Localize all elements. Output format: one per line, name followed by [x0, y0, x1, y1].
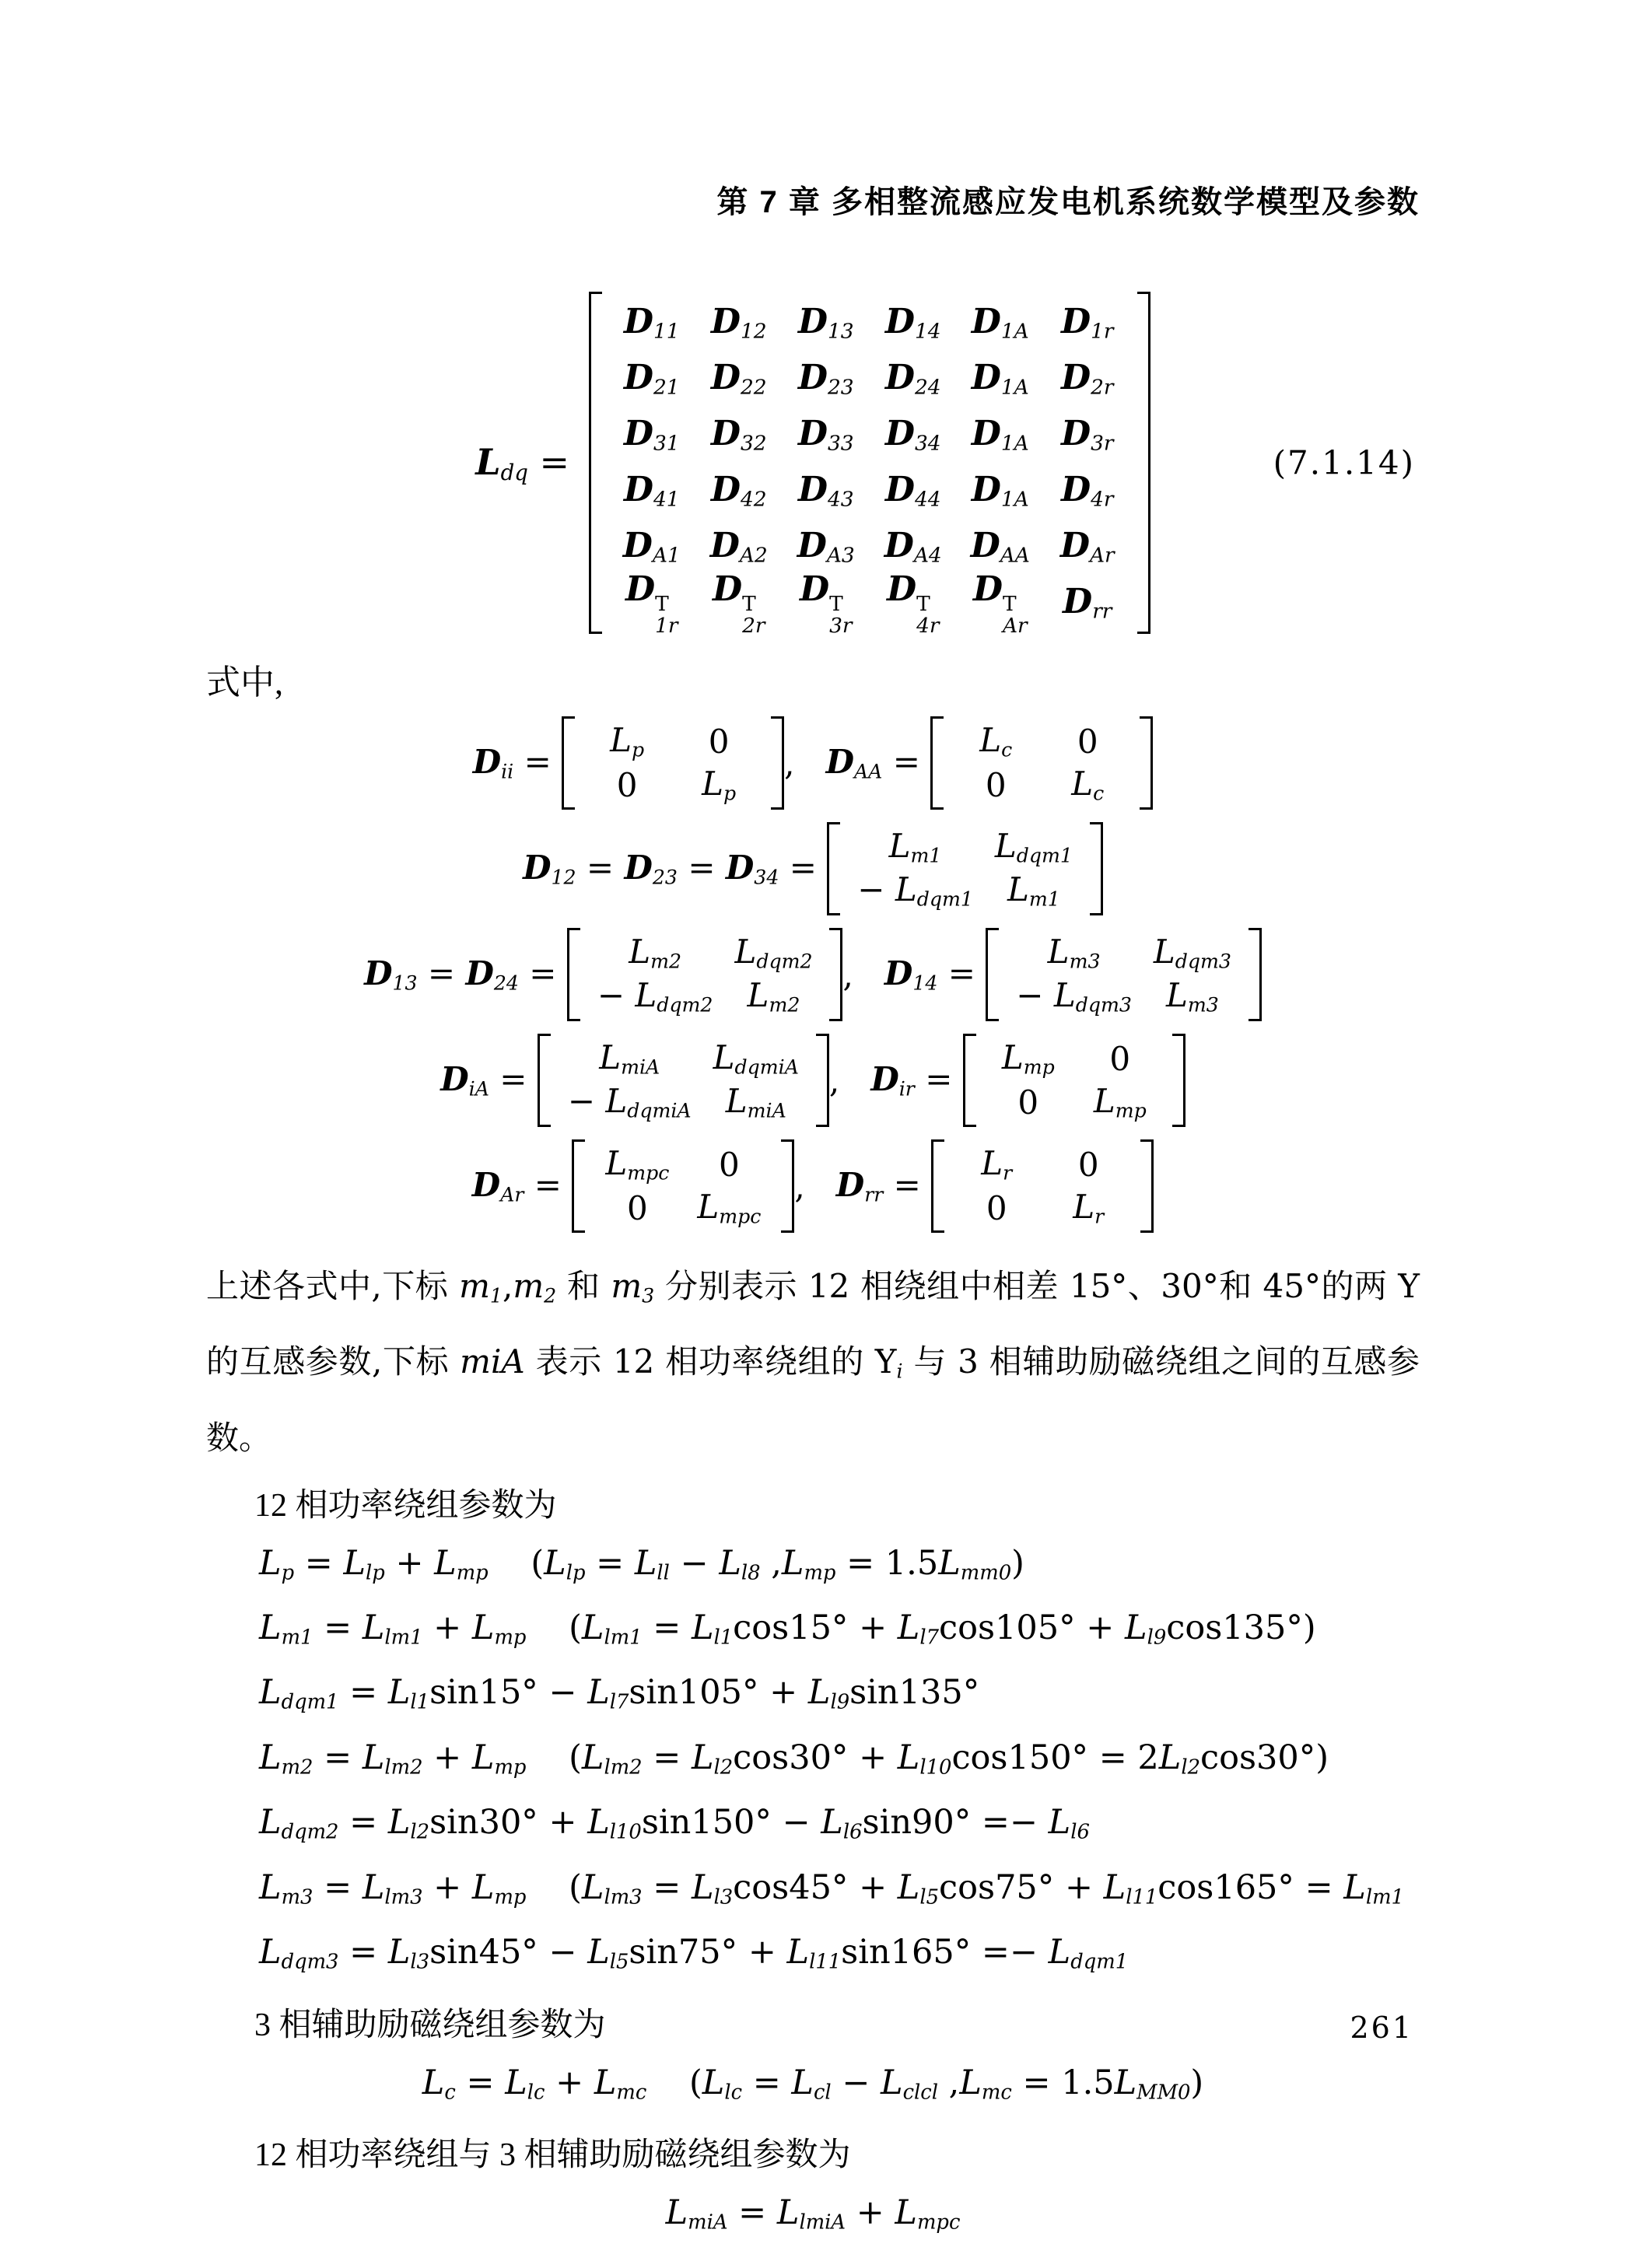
matrix-bracket-left	[827, 822, 840, 915]
matrix-cell: Lmp	[982, 1037, 1074, 1080]
matrix-cell: D1A	[957, 407, 1044, 463]
matrix-cell: 0	[950, 763, 1042, 807]
matrix-cell: DA2	[695, 519, 783, 575]
document-page: 第 7 章 多相整流感应发电机系统数学模型及参数 Ldq = D11D12D13…	[0, 0, 1625, 2268]
matrix-cell: LmiA	[557, 1037, 702, 1080]
matrix-cell: D31	[608, 407, 695, 463]
matrix-cell: DA4	[870, 519, 957, 575]
matrix-cell: 0	[1074, 1037, 1166, 1080]
math-segment: Drr =	[836, 1166, 931, 1206]
matrix-cell: D1A	[957, 351, 1044, 407]
matrix: LmiALdqmiA− LdqmiALmiA	[538, 1034, 829, 1127]
matrix-cell: Ldqm1	[984, 825, 1084, 869]
matrix-grid: LmiALdqmiA− LdqmiALmiA	[551, 1034, 816, 1127]
definition-line: D12 = D23 = D34 = Lm1Ldqm1− Ldqm1Lm1	[206, 822, 1420, 915]
matrix-bracket-left	[931, 1139, 944, 1233]
matrix-cell: Drr	[1044, 575, 1131, 631]
matrix-cell: 0	[673, 719, 765, 763]
math-segment: DiA =	[440, 1060, 538, 1100]
matrix-cell: 0	[591, 1186, 683, 1230]
matrix-cell: Ldqm3	[1143, 931, 1242, 975]
matrix-cell: Lmpc	[683, 1186, 775, 1230]
matrix-bracket-right	[1137, 292, 1150, 634]
matrix-cell: Lp	[581, 719, 673, 763]
parameter-sections: 12 相功率绕组参数为Lp = Llp + Lmp (Llp = Lll − L…	[206, 1480, 1420, 2251]
definition-line: DAr = Lmpc00Lmpc, Drr = Lr00Lr	[206, 1139, 1420, 1233]
matrix-bracket-left	[567, 928, 580, 1021]
main-matrix: D11D12D13D14D1AD1rD21D22D23D24D1AD2rD31D…	[589, 292, 1150, 634]
matrix: D11D12D13D14D1AD1rD21D22D23D24D1AD2rD31D…	[589, 292, 1150, 634]
matrix-cell: DA3	[783, 519, 870, 575]
matrix: Lm3Ldqm3− Ldqm3Lm3	[986, 928, 1262, 1021]
matrix-cell: Lr	[951, 1143, 1042, 1186]
equation-line: Lm2 = Llm2 + Lmp (Llm2 = Ll2cos30° + Ll1…	[259, 1731, 1420, 1795]
matrix-grid: Lm2Ldqm2− Ldqm2Lm2	[580, 928, 830, 1021]
math-segment: ,	[842, 956, 884, 994]
matrix-cell: D14	[870, 295, 957, 351]
matrix-cell: DT1r	[608, 575, 695, 631]
matrix-grid: Lm3Ldqm3− Ldqm3Lm3	[999, 928, 1249, 1021]
matrix-bracket-right	[1090, 822, 1103, 915]
matrix-grid: Lp00Lp	[575, 716, 771, 810]
matrix-cell: 0	[581, 763, 673, 807]
math-segment: DAr =	[472, 1166, 573, 1206]
page-number: 261	[1350, 2011, 1413, 2045]
matrix-cell: DAA	[957, 519, 1044, 575]
matrix-cell: 0	[683, 1143, 775, 1186]
definition-line: Dii = Lp00Lp, DAA = Lc00Lc	[206, 716, 1420, 810]
matrix-cell: DT2r	[695, 575, 783, 631]
matrix-bracket-right	[1172, 1034, 1185, 1127]
matrix-grid: D11D12D13D14D1AD1rD21D22D23D24D1AD2rD31D…	[602, 292, 1137, 634]
matrix: Lc00Lc	[930, 716, 1153, 810]
matrix-cell: Lp	[673, 763, 765, 807]
matrix-cell: Lr	[1042, 1186, 1134, 1230]
equation-lhs: Ldq =	[475, 441, 580, 485]
matrix-cell: − Ldqm3	[1005, 975, 1143, 1018]
equation-line: Ldqm1 = Ll1sin15° − Ll7sin105° + Ll9sin1…	[259, 1665, 1420, 1730]
matrix-cell: Lm1	[984, 869, 1084, 912]
matrix-cell: LmiA	[702, 1080, 810, 1124]
matrix-bracket-left	[562, 716, 575, 810]
section-label: 12 相功率绕组与 3 相辅助励磁绕组参数为	[254, 2130, 1420, 2181]
matrix-cell: D44	[870, 463, 957, 519]
page-content: 第 7 章 多相整流感应发电机系统数学模型及参数 Ldq = D11D12D13…	[206, 0, 1420, 2251]
matrix-cell: Lm1	[846, 825, 984, 869]
matrix-cell: D42	[695, 463, 783, 519]
matrix-cell: DT3r	[783, 575, 870, 631]
matrix-cell: D43	[783, 463, 870, 519]
matrix-cell: D33	[783, 407, 870, 463]
equation-line: Ldqm3 = Ll3sin45° − Ll5sin75° + Ll11sin1…	[259, 1925, 1420, 1990]
equation-line: LmiA = LlmiA + Lmpc	[206, 2186, 1420, 2250]
matrix-cell: D12	[695, 295, 783, 351]
matrix-cell: 0	[982, 1080, 1074, 1124]
matrix-cell: DA1	[608, 519, 695, 575]
definition-line: DiA = LmiALdqmiA− LdqmiALmiA, Dir = Lmp0…	[206, 1034, 1420, 1127]
matrix: Lr00Lr	[931, 1139, 1154, 1233]
matrix-cell: DAr	[1044, 519, 1131, 575]
equation-line: Lm1 = Llm1 + Lmp (Llm1 = Ll1cos15° + Ll7…	[259, 1601, 1420, 1665]
matrix-bracket-right	[1140, 716, 1153, 810]
math-segment: D13 = D24 =	[364, 954, 567, 994]
matrix-bracket-right	[771, 716, 784, 810]
math-segment: ,	[794, 1167, 835, 1206]
matrix: Lm2Ldqm2− Ldqm2Lm2	[567, 928, 843, 1021]
matrix-cell: Lc	[950, 719, 1042, 763]
matrix-grid: Lr00Lr	[944, 1139, 1140, 1233]
matrix-cell: D3r	[1044, 407, 1131, 463]
equation-number: (7.1.14)	[1273, 444, 1415, 482]
matrix-cell: D34	[870, 407, 957, 463]
matrix-bracket-left	[986, 928, 999, 1021]
matrix-cell: − LdqmiA	[557, 1080, 702, 1124]
matrix-cell: − Ldqm1	[846, 869, 984, 912]
matrix-cell: D23	[783, 351, 870, 407]
chapter-header: 第 7 章 多相整流感应发电机系统数学模型及参数	[206, 177, 1420, 222]
matrix-cell: Lmp	[1074, 1080, 1166, 1124]
matrix-cell: D1r	[1044, 295, 1131, 351]
matrix-cell: Lm3	[1143, 975, 1242, 1018]
matrix-cell: Lm3	[1005, 931, 1143, 975]
matrix-bracket-right	[816, 1034, 829, 1127]
math-segment: ,	[829, 1062, 870, 1100]
equation-line: Lm3 = Llm3 + Lmp (Llm3 = Ll3cos45° + Ll5…	[259, 1860, 1420, 1925]
matrix-cell: 0	[1042, 719, 1133, 763]
definition-line: D13 = D24 = Lm2Ldqm2− Ldqm2Lm2, D14 = Lm…	[206, 928, 1420, 1021]
body-paragraph: 上述各式中,下标 m1,m2 和 m3 分别表示 12 相绕组中相差 15°、3…	[206, 1253, 1420, 1471]
math-segment: ,	[784, 744, 825, 782]
matrix-cell: D2r	[1044, 351, 1131, 407]
equation-line: Lp = Llp + Lmp (Llp = Lll − Ll8 ,Lmp = 1…	[259, 1536, 1420, 1601]
matrix-bracket-right	[781, 1139, 794, 1233]
matrix-cell: DT4r	[870, 575, 957, 631]
equation-line: Lc = Llc + Lmc (Llc = Lcl − Lclcl ,Lmc =…	[206, 2056, 1420, 2120]
matrix-cell: LdqmiA	[702, 1037, 810, 1080]
matrix-cell: Lc	[1042, 763, 1133, 807]
matrix-cell: Ldqm2	[723, 931, 823, 975]
math-segment: D12 = D23 = D34 =	[523, 849, 827, 888]
matrix-bracket-right	[1140, 1139, 1154, 1233]
where-label: 式中,	[206, 654, 1420, 704]
matrix-cell: D11	[608, 295, 695, 351]
matrix-bracket-left	[930, 716, 944, 810]
matrix-bracket-left	[538, 1034, 551, 1127]
matrix: Lmp00Lmp	[963, 1034, 1185, 1127]
matrix-cell: D24	[870, 351, 957, 407]
definition-lines: Dii = Lp00Lp, DAA = Lc00LcD12 = D23 = D3…	[206, 716, 1420, 1233]
matrix-cell: D32	[695, 407, 783, 463]
matrix-cell: D22	[695, 351, 783, 407]
matrix-cell: Lm2	[587, 931, 724, 975]
matrix-cell: D41	[608, 463, 695, 519]
section-label: 3 相辅助励磁绕组参数为	[254, 2000, 1420, 2051]
matrix-bracket-left	[589, 292, 602, 634]
math-segment: DAA =	[826, 743, 931, 782]
equation-line: Ldqm2 = Ll2sin30° + Ll10sin150° − Ll6sin…	[259, 1795, 1420, 1860]
matrix-cell: 0	[1042, 1143, 1134, 1186]
matrix-cell: Lm2	[723, 975, 823, 1018]
matrix-cell: D21	[608, 351, 695, 407]
matrix-bracket-left	[572, 1139, 585, 1233]
matrix: Lp00Lp	[562, 716, 784, 810]
matrix: Lm1Ldqm1− Ldqm1Lm1	[827, 822, 1103, 915]
matrix-cell: − Ldqm2	[587, 975, 724, 1018]
matrix-cell: D1A	[957, 463, 1044, 519]
matrix-cell: D4r	[1044, 463, 1131, 519]
math-segment: Dir =	[870, 1060, 962, 1100]
matrix-cell: Lmpc	[591, 1143, 683, 1186]
matrix-bracket-right	[829, 928, 842, 1021]
matrix-grid: Lc00Lc	[944, 716, 1140, 810]
matrix-bracket-right	[1249, 928, 1262, 1021]
matrix-grid: Lmp00Lmp	[976, 1034, 1172, 1127]
math-segment: D14 =	[884, 954, 986, 994]
matrix-cell: D13	[783, 295, 870, 351]
section-label: 12 相功率绕组参数为	[254, 1480, 1420, 1531]
matrix-grid: Lmpc00Lmpc	[585, 1139, 781, 1233]
math-segment: Dii =	[473, 743, 562, 782]
matrix-cell: D1A	[957, 295, 1044, 351]
matrix-grid: Lm1Ldqm1− Ldqm1Lm1	[840, 822, 1090, 915]
matrix-bracket-left	[963, 1034, 976, 1127]
matrix-cell: 0	[951, 1186, 1042, 1230]
main-matrix-equation: Ldq = D11D12D13D14D1AD1rD21D22D23D24D1AD…	[206, 292, 1420, 634]
matrix: Lmpc00Lmpc	[572, 1139, 794, 1233]
matrix-cell: DTAr	[957, 575, 1044, 631]
